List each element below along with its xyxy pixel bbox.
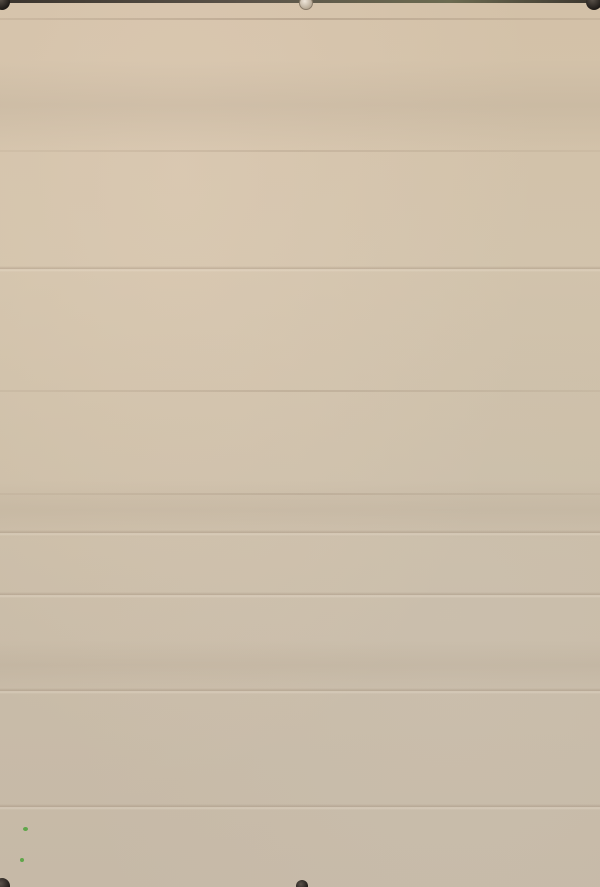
pin-tack [0, 878, 10, 887]
paper-shading [0, 60, 600, 150]
fold-crease [0, 18, 600, 20]
fold-crease [0, 150, 600, 152]
paper-shading [0, 640, 600, 690]
fold-line [0, 688, 600, 694]
green-speck [20, 858, 24, 862]
fold-line [0, 804, 600, 810]
pin-tack [0, 0, 10, 10]
fold-line [0, 530, 600, 536]
fold-line [0, 592, 600, 598]
fold-crease [0, 390, 600, 392]
pin-tack [299, 0, 313, 10]
green-speck [23, 827, 28, 831]
pin-tack [296, 880, 308, 887]
blank-paper-photo [0, 0, 600, 887]
fold-line [0, 266, 600, 272]
fold-crease [0, 493, 600, 495]
pin-tack [586, 0, 600, 10]
